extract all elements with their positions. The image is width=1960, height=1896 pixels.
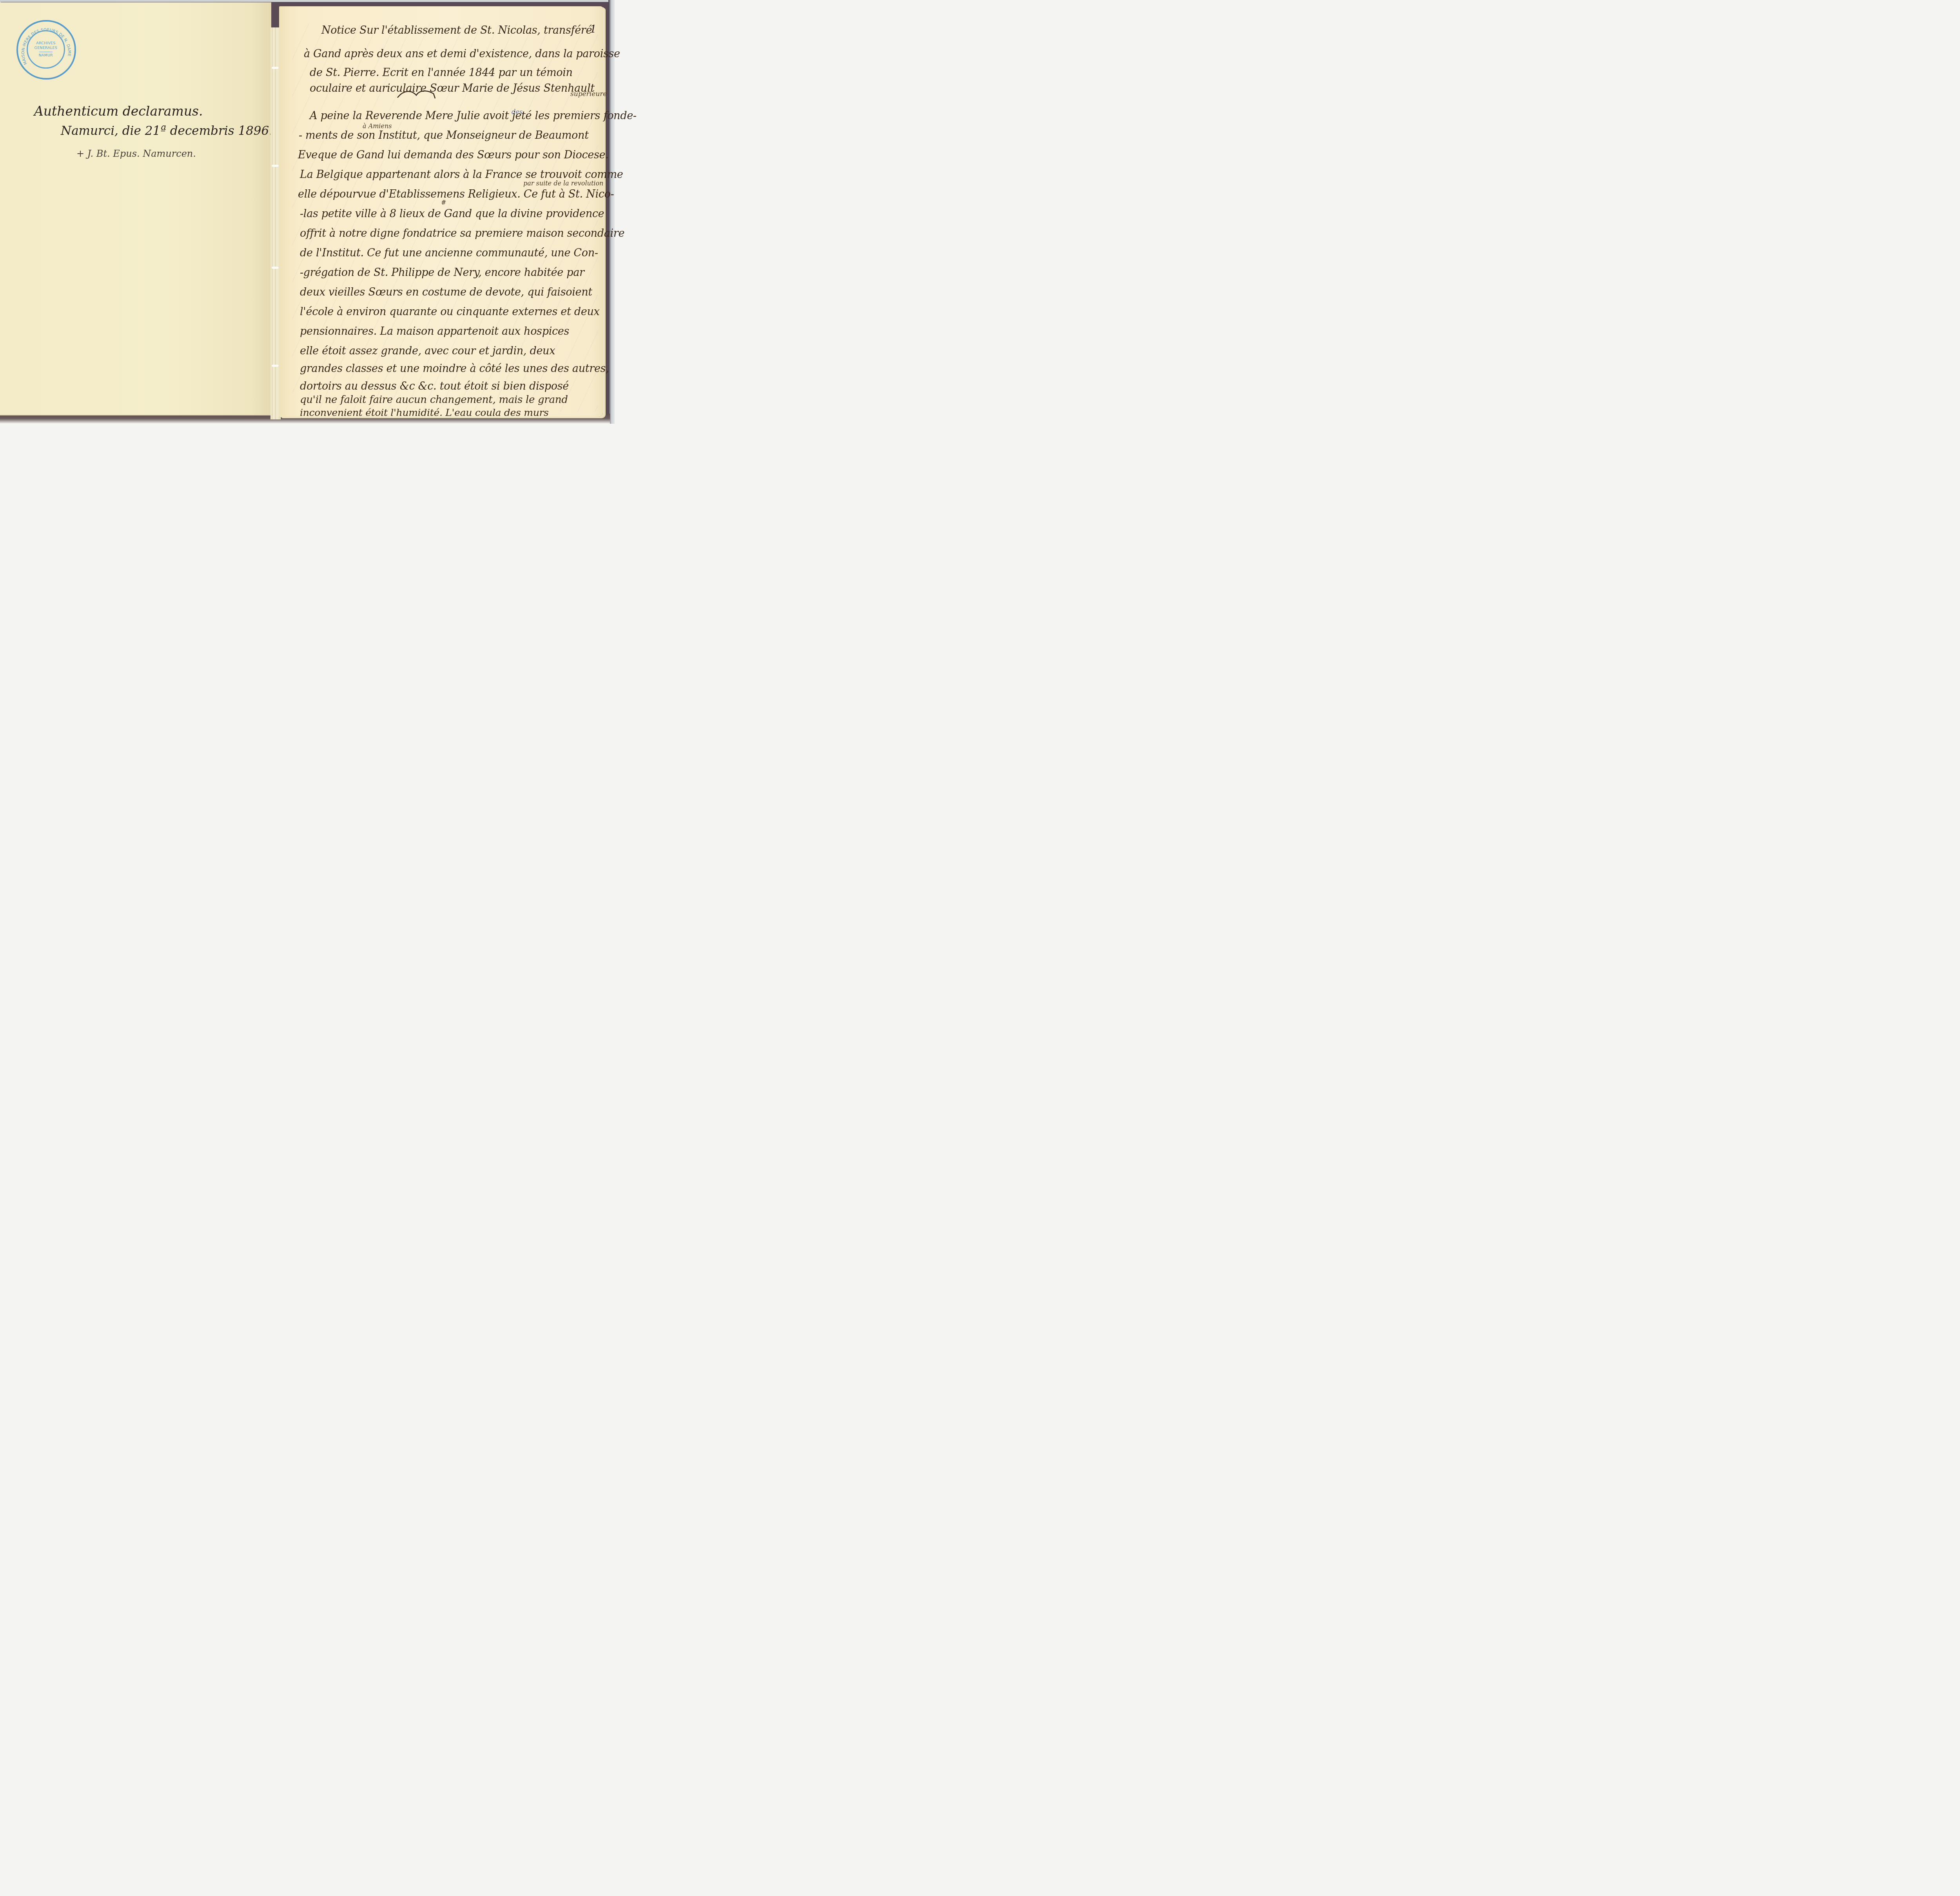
binding-stitch <box>272 165 279 167</box>
cover-edge <box>608 0 615 424</box>
stamp-line-namur: NAMUR <box>39 53 53 58</box>
body-line: qu'il ne faloit faire aucun changement, … <box>300 394 568 406</box>
insertion-a-amiens: à Amiens <box>363 122 392 130</box>
attestation-line-1: Authenticum declaramus. <box>34 103 203 119</box>
body-line: l'école à environ quarante ou cinquante … <box>300 306 599 318</box>
binding-stitch <box>272 67 279 69</box>
body-line: inconvenient étoit l'humidité. L'eau cou… <box>300 407 549 418</box>
title-line: à Gand après deux ans et demi d'existenc… <box>304 48 615 60</box>
attestation-line-2: Namurci, die 21ª decembris 1896. <box>61 124 273 138</box>
body-line: - ments de son Institut, que Monseigneur… <box>299 129 589 142</box>
insertion-mark: # <box>441 199 446 206</box>
left-page: MAISON-MERE DES SOEURS DE N. DAME ARCHIV… <box>0 2 271 415</box>
stamp-line-archives: ARCHIVES <box>36 41 55 46</box>
body-line: A peine la Reverende Mere Julie avoit je… <box>310 110 615 122</box>
attestation-signature: + J. Bt. Epus. Namurcen. <box>76 148 196 159</box>
title-line: oculaire et auriculaire Sœur Marie de Jé… <box>310 82 595 94</box>
title-line: de St. Pierre. Ecrit en l'année 1844 par… <box>310 67 573 79</box>
manuscript-spread: MAISON-MERE DES SOEURS DE N. DAME ARCHIV… <box>0 0 615 424</box>
body-line: elle étoit assez grande, avec cour et ja… <box>300 345 555 357</box>
archives-stamp: MAISON-MERE DES SOEURS DE N. DAME ARCHIV… <box>16 20 76 80</box>
stamp-divider <box>39 52 53 52</box>
body-line: -las petite ville à 8 lieux de Gand que … <box>300 208 604 220</box>
title-annotation: supérieure <box>570 90 607 98</box>
body-line: offrit à notre digne fondatrice sa premi… <box>300 227 615 239</box>
stamp-center: ARCHIVES GENERALES NAMUR <box>27 30 65 69</box>
stamp-line-generales: GENERALES <box>34 46 57 51</box>
title-flourish <box>396 88 439 100</box>
body-line: pensionnaires. La maison appartenoit aux… <box>300 325 569 337</box>
body-line: elle dépourvue d'Etablissemens Religieux… <box>298 188 614 200</box>
binding-stitch <box>272 267 279 269</box>
insertion-revolution: par suite de la revolution <box>523 180 603 187</box>
body-line: dortoirs au dessus &c &c. tout étoit si … <box>300 380 569 392</box>
title-line: Notice Sur l'établissement de St. Nicola… <box>321 24 592 36</box>
body-line: de l'Institut. Ce fut une ancienne commu… <box>300 247 598 259</box>
body-line: deux vieilles Sœurs en costume de devote… <box>300 286 592 298</box>
body-line: -grégation de St. Philippe de Nery, enco… <box>300 267 584 279</box>
body-line: Eveque de Gand lui demanda des Sœurs pou… <box>298 149 608 161</box>
binding-stitch <box>272 365 279 367</box>
body-line: grandes classes et une moindre à côté le… <box>300 363 609 375</box>
body-line: La Belgique appartenant alors à la Franc… <box>300 169 615 181</box>
